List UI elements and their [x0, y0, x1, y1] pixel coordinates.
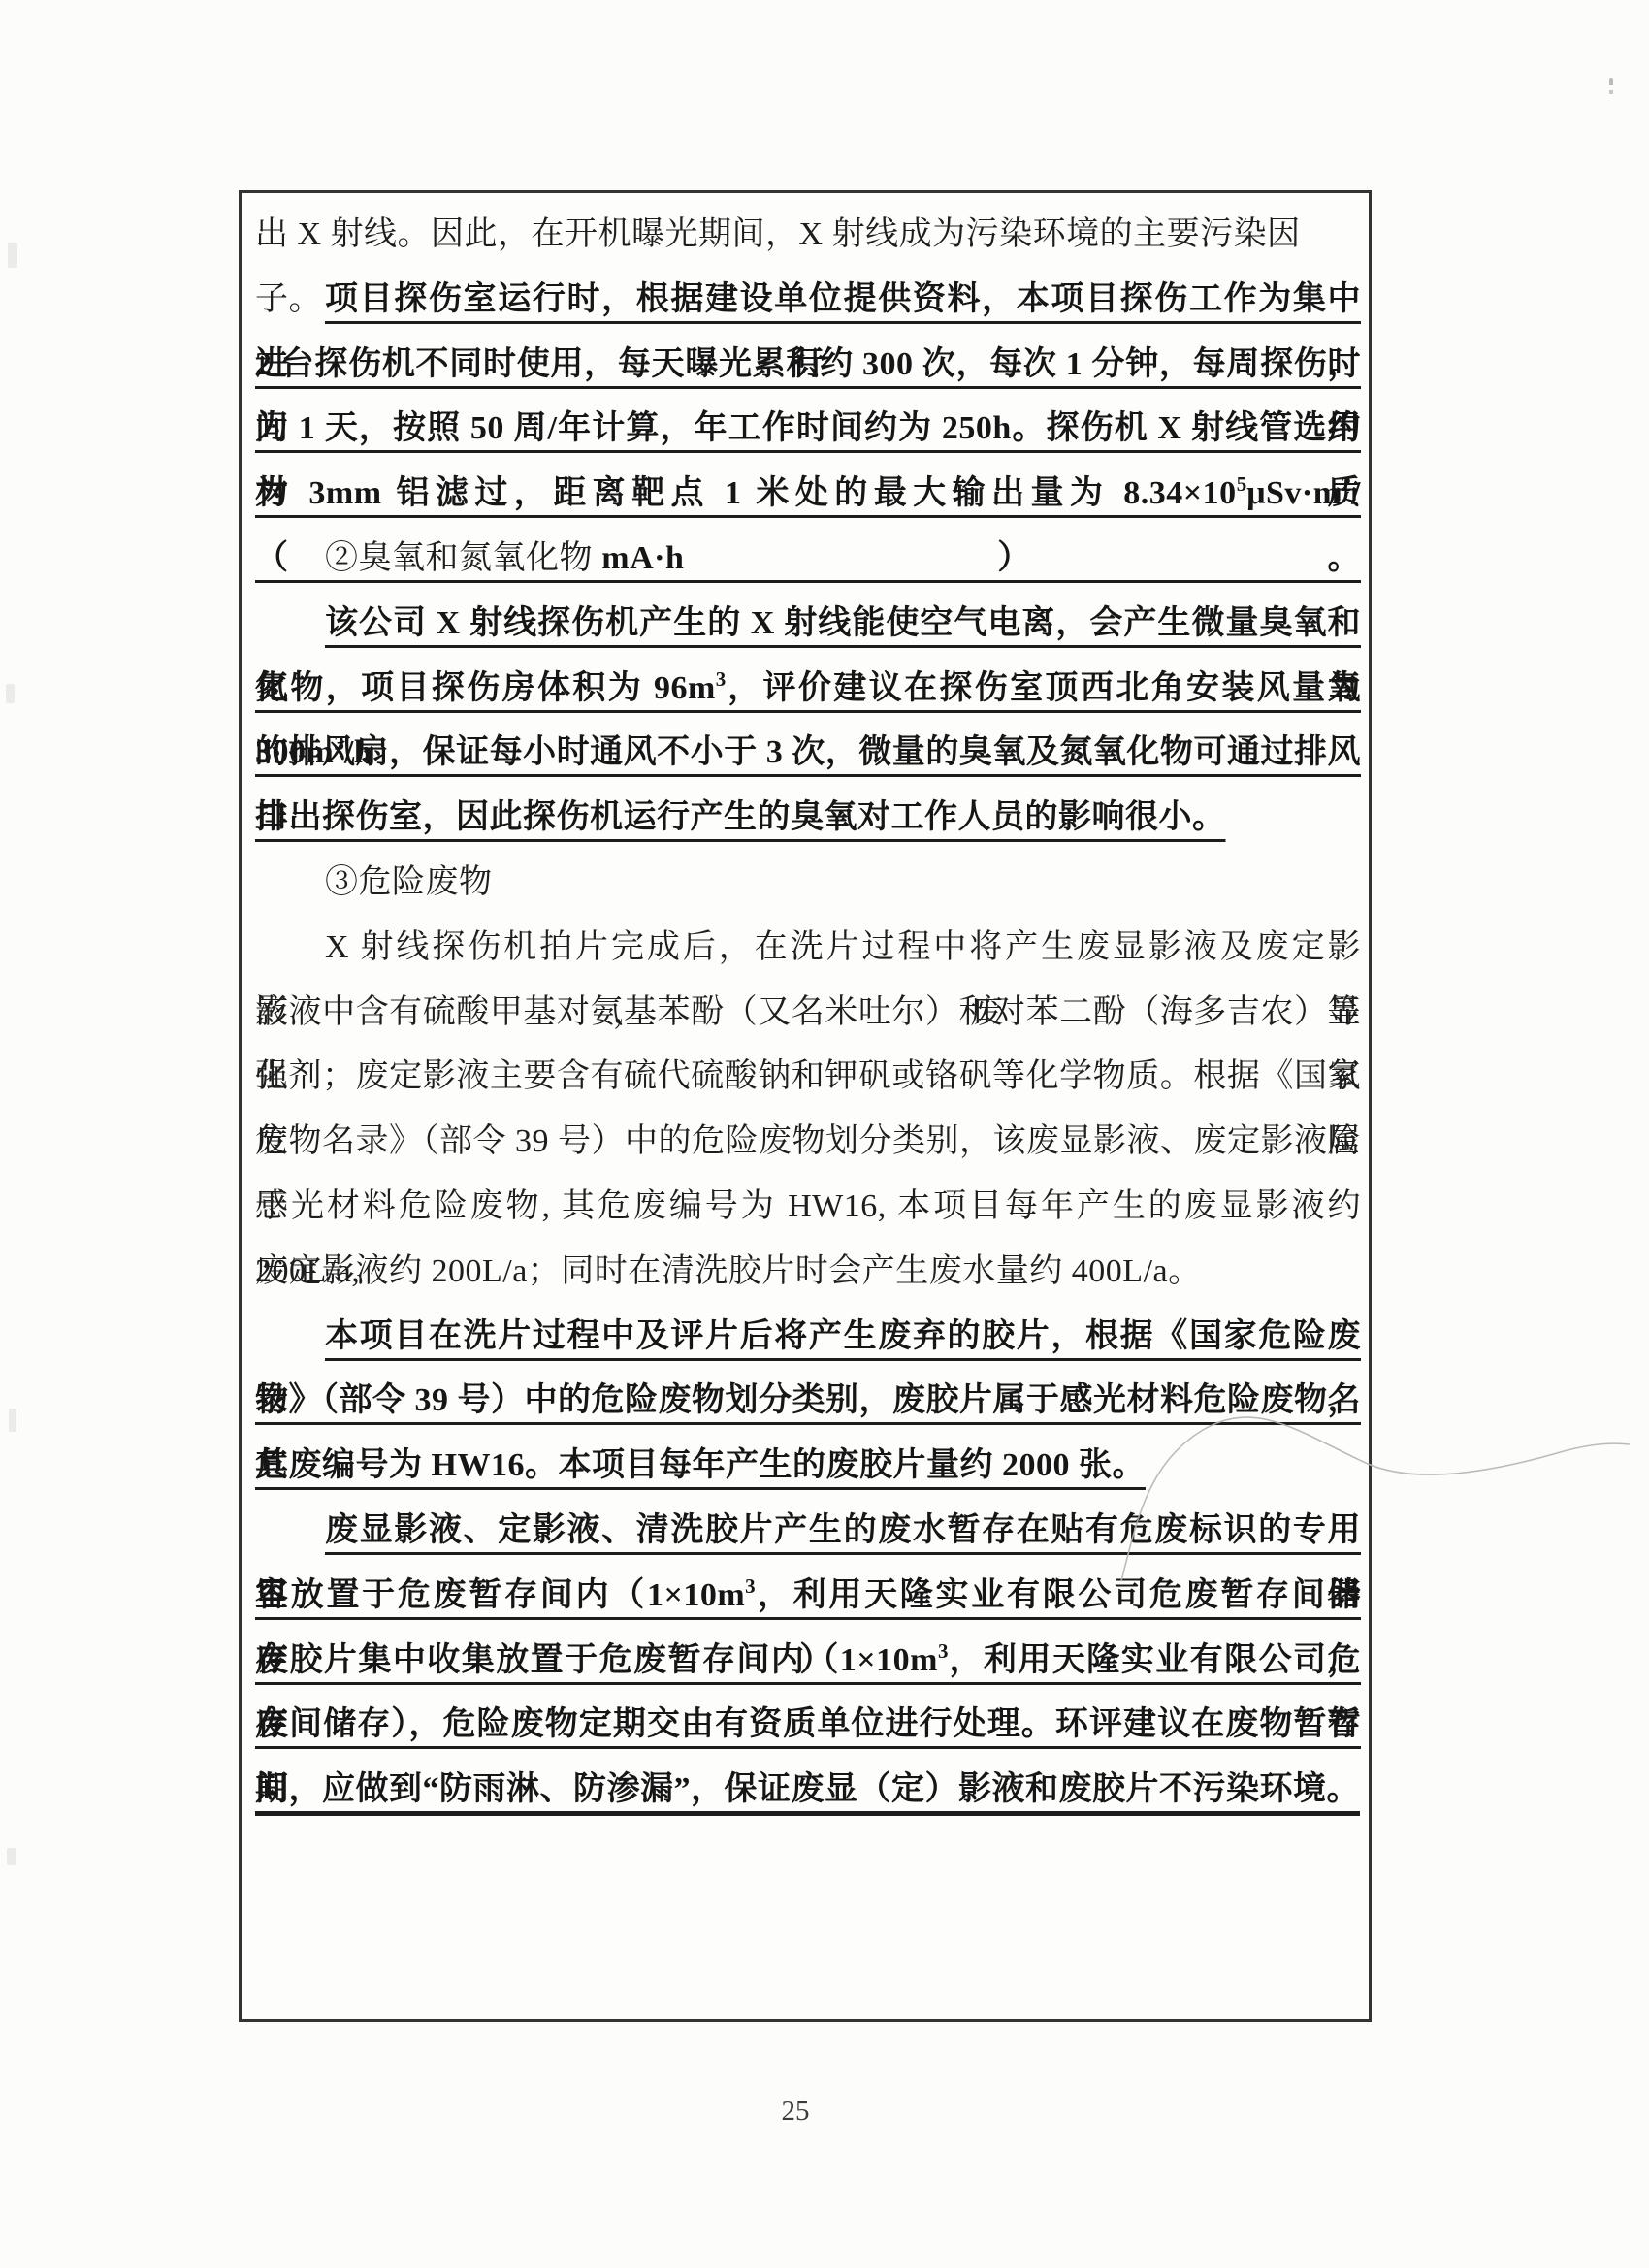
- text-line: 废定影液约 200L/a；同时在清洗胶片时会产生废水量约 400L/a。: [255, 1240, 1361, 1305]
- text-line-content: 排出探伤室，因此探伤机运行产生的臭氧对工作人员的影响很小。: [255, 799, 1226, 835]
- scan-speck: [7, 1848, 16, 1865]
- text-line: 化物，项目探伤房体积为 96m3，评价建议在探伤室顶西北角安装风量为 300m3…: [255, 657, 1361, 722]
- scan-speck: [9, 1409, 16, 1432]
- text-line: 录》（部令 39 号）中的危险废物划分类别，废胶片属于感光材料危险废物，其: [255, 1369, 1361, 1434]
- text-line: 该公司 X 射线探伤机产生的 X 射线能使空气电离，会产生微量臭氧和氮氧: [255, 592, 1361, 657]
- scan-speck: [6, 684, 15, 703]
- scanned-document-page: 出 X 射线。因此，在开机曝光期间，X 射线成为污染环境的主要污染因子。项目探伤…: [0, 0, 1649, 2268]
- document-body: 出 X 射线。因此，在开机曝光期间，X 射线成为污染环境的主要污染因子。项目探伤…: [255, 203, 1361, 1823]
- text-line: 影液中含有硫酸甲基对氨基苯酚（又名米吐尔）和对苯二酚（海多吉农）等强氧: [255, 981, 1361, 1046]
- text-line-content: 废定影液约 200L/a；同时在清洗胶片时会产生废水量约 400L/a。: [255, 1253, 1202, 1289]
- text-line: 项目探伤室运行时，根据建设单位提供资料，本项目探伤工作为集中进行，: [255, 268, 1361, 333]
- text-line: X 射线探伤机拍片完成后，在洗片过程中将产生废显影液及废定影液，废显: [255, 916, 1361, 981]
- scan-mark: [1609, 78, 1613, 99]
- text-line: 感光材料危险废物, 其危废编号为 HW16, 本项目每年产生的废显影液约 200…: [255, 1175, 1361, 1240]
- text-line: 化剂；废定影液主要含有硫代硫酸钠和钾矾或铬矾等化学物质。根据《国家危险: [255, 1045, 1361, 1110]
- text-line-content: 危废编号为 HW16。本项目每年产生的废胶片量约 2000 张。: [255, 1447, 1146, 1483]
- text-line: 存间储存），危险废物定期交由有资质单位进行处理。环评建议在废物暂存期: [255, 1693, 1361, 1758]
- text-line-content: ②臭氧和氮氧化物: [325, 540, 593, 576]
- text-line: 的排风扇，保证每小时通风不小于 3 次，微量的臭氧及氮氧化物可通过排风口: [255, 721, 1361, 786]
- text-line: 废胶片集中收集放置于危废暂存间内（1×10m3，利用天隆实业有限公司危废暂: [255, 1629, 1361, 1694]
- text-line: 废显影液、定影液、清洗胶片产生的废水暂存在贴有危废标识的专用容器: [255, 1499, 1361, 1564]
- text-line: 为 1 天，按照 50 周/年计算，年工作时间约为 250h。探伤机 X 射线管…: [255, 397, 1361, 462]
- text-line: 出 X 射线。因此，在开机曝光期间，X 射线成为污染环境的主要污染因子。: [255, 203, 1361, 268]
- text-line: 为 3mm 铝滤过，距离靶点 1 米处的最大输出量为 8.34×105μSv·m…: [255, 462, 1361, 527]
- text-line: 2 台探伤机不同时使用，每天曝光累积约 300 次，每次 1 分钟，每周探伤时间…: [255, 333, 1361, 398]
- text-line: 排出探伤室，因此探伤机运行产生的臭氧对工作人员的影响很小。: [255, 786, 1361, 851]
- text-line: 危废编号为 HW16。本项目每年产生的废胶片量约 2000 张。: [255, 1434, 1361, 1499]
- content-border-box: 出 X 射线。因此，在开机曝光期间，X 射线成为污染环境的主要污染因子。项目探伤…: [239, 190, 1372, 2022]
- text-line: 本项目在洗片过程中及评片后将产生废弃的胶片，根据《国家危险废物名: [255, 1305, 1361, 1370]
- text-line: ③危险废物: [255, 851, 1361, 916]
- text-line: 间，应做到“防雨淋、防渗漏”，保证废显（定）影液和废胶片不污染环境。: [255, 1758, 1361, 1823]
- text-line-content: 间，应做到“防雨淋、防渗漏”，保证废显（定）影液和废胶片不污染环境。: [255, 1771, 1360, 1807]
- scan-speck: [8, 243, 17, 268]
- text-line: 废物名录》（部令 39 号）中的危险废物划分类别，该废显影液、废定影液属于: [255, 1110, 1361, 1175]
- text-line: 里放置于危废暂存间内（1×10m3，利用天隆实业有限公司危废暂存间储存），: [255, 1564, 1361, 1629]
- text-line-content: ③危险废物: [325, 864, 493, 900]
- page-number: 25: [757, 2095, 834, 2127]
